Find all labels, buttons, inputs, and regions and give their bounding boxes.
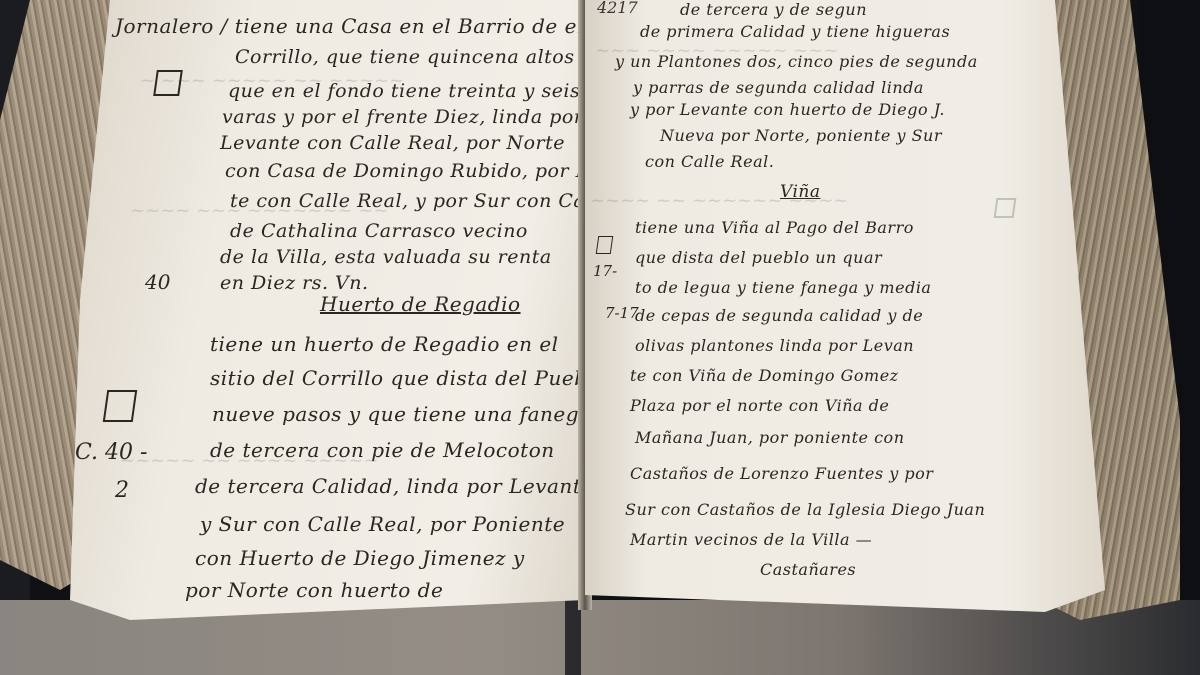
manuscript-line: tiene un huerto de Regadio en el: [210, 332, 559, 356]
margin-number: 17-: [593, 262, 617, 280]
manuscript-line: de tercera Calidad, linda por Levante: [195, 474, 585, 498]
manuscript-line: de cepas de segunda calidad y de: [635, 306, 923, 325]
manuscript-line: de primera Calidad y tiene higueras: [640, 22, 950, 41]
book-stand: [565, 600, 581, 675]
manuscript-line: tiene una Viña al Pago del Barro: [635, 218, 914, 237]
manuscript-line: de tercera y de segun: [680, 0, 867, 19]
manuscript-line: por Norte con huerto de: [185, 578, 443, 602]
manuscript-line: te con Calle Real, y por Sur con Casa: [230, 190, 585, 212]
right-page: ~~~ ~~~~ ~~~~~ ~~~ ~~~~ ~~ ~~~~~~ ~~~~ 4…: [585, 0, 1105, 612]
manuscript-line: varas y por el frente Diez, linda por: [222, 106, 583, 128]
manuscript-line: y por Levante con huerto de Diego J.: [630, 100, 945, 119]
manuscript-photo: ~ ~~~ ~~~~~ ~~ ~~~~~ ~~~~ ~~~ ~~~~~~~ ~~…: [0, 0, 1200, 675]
manuscript-line: que en el fondo tiene treinta y seis: [228, 80, 580, 102]
margin-box-icon: [596, 236, 614, 254]
manuscript-line: nueve pasos y que tiene una fanega: [212, 402, 585, 426]
manuscript-line: te con Viña de Domingo Gomez: [630, 366, 899, 385]
margin-number: 2: [115, 478, 129, 503]
section-heading: Viña: [780, 182, 821, 202]
manuscript-line: Sur con Castaños de la Iglesia Diego Jua…: [625, 500, 985, 519]
manuscript-line: sitio del Corrillo que dista del Pueblo: [210, 366, 585, 390]
manuscript-line: to de legua y tiene fanega y media: [635, 278, 931, 297]
manuscript-line: Castañares: [760, 560, 856, 579]
left-page: ~ ~~~ ~~~~~ ~~ ~~~~~ ~~~~ ~~~ ~~~~~~~ ~~…: [70, 0, 585, 620]
manuscript-line: de Cathalina Carrasco vecino: [230, 220, 528, 242]
faint-box-icon: [994, 198, 1017, 218]
manuscript-line: Mañana Juan, por poniente con: [635, 428, 905, 447]
manuscript-line: Jornalero / tiene una Casa en el Barrio …: [115, 14, 584, 38]
manuscript-line: de la Villa, esta valuada su renta: [220, 246, 552, 268]
manuscript-line: Martin vecinos de la Villa —: [630, 530, 872, 549]
manuscript-line: con Casa de Domingo Rubido, por Ponien: [225, 160, 585, 182]
manuscript-line: de tercera con pie de Melocoton: [210, 438, 555, 462]
margin-box-icon: [103, 390, 137, 422]
manuscript-line: Plaza por el norte con Viña de: [630, 396, 889, 415]
manuscript-line: con Huerto de Diego Jimenez y: [195, 546, 525, 570]
manuscript-line: y un Plantones dos, cinco pies de segund…: [615, 52, 978, 71]
margin-number: 40: [145, 270, 170, 294]
manuscript-line: que dista del pueblo un quar: [635, 248, 882, 267]
section-heading: Huerto de Regadio: [320, 292, 521, 316]
margin-box-icon: [153, 70, 183, 96]
page-number: 4217: [597, 0, 638, 17]
manuscript-line: y parras de segunda calidad linda: [633, 78, 924, 97]
manuscript-line: con Calle Real.: [645, 152, 774, 171]
manuscript-line: Nueva por Norte, poniente y Sur: [660, 126, 942, 145]
manuscript-line: Corrillo, que tiene quincena altos y de: [235, 46, 585, 68]
manuscript-line: olivas plantones linda por Levan: [635, 336, 914, 355]
manuscript-line: Levante con Calle Real, por Norte: [220, 132, 565, 154]
margin-number: C. 40 -: [75, 440, 147, 465]
margin-number: 7-17: [605, 304, 639, 322]
manuscript-line: Castaños de Lorenzo Fuentes y por: [630, 464, 933, 483]
manuscript-line: en Diez rs. Vn.: [220, 272, 369, 294]
manuscript-line: y Sur con Calle Real, por Poniente: [200, 512, 565, 536]
